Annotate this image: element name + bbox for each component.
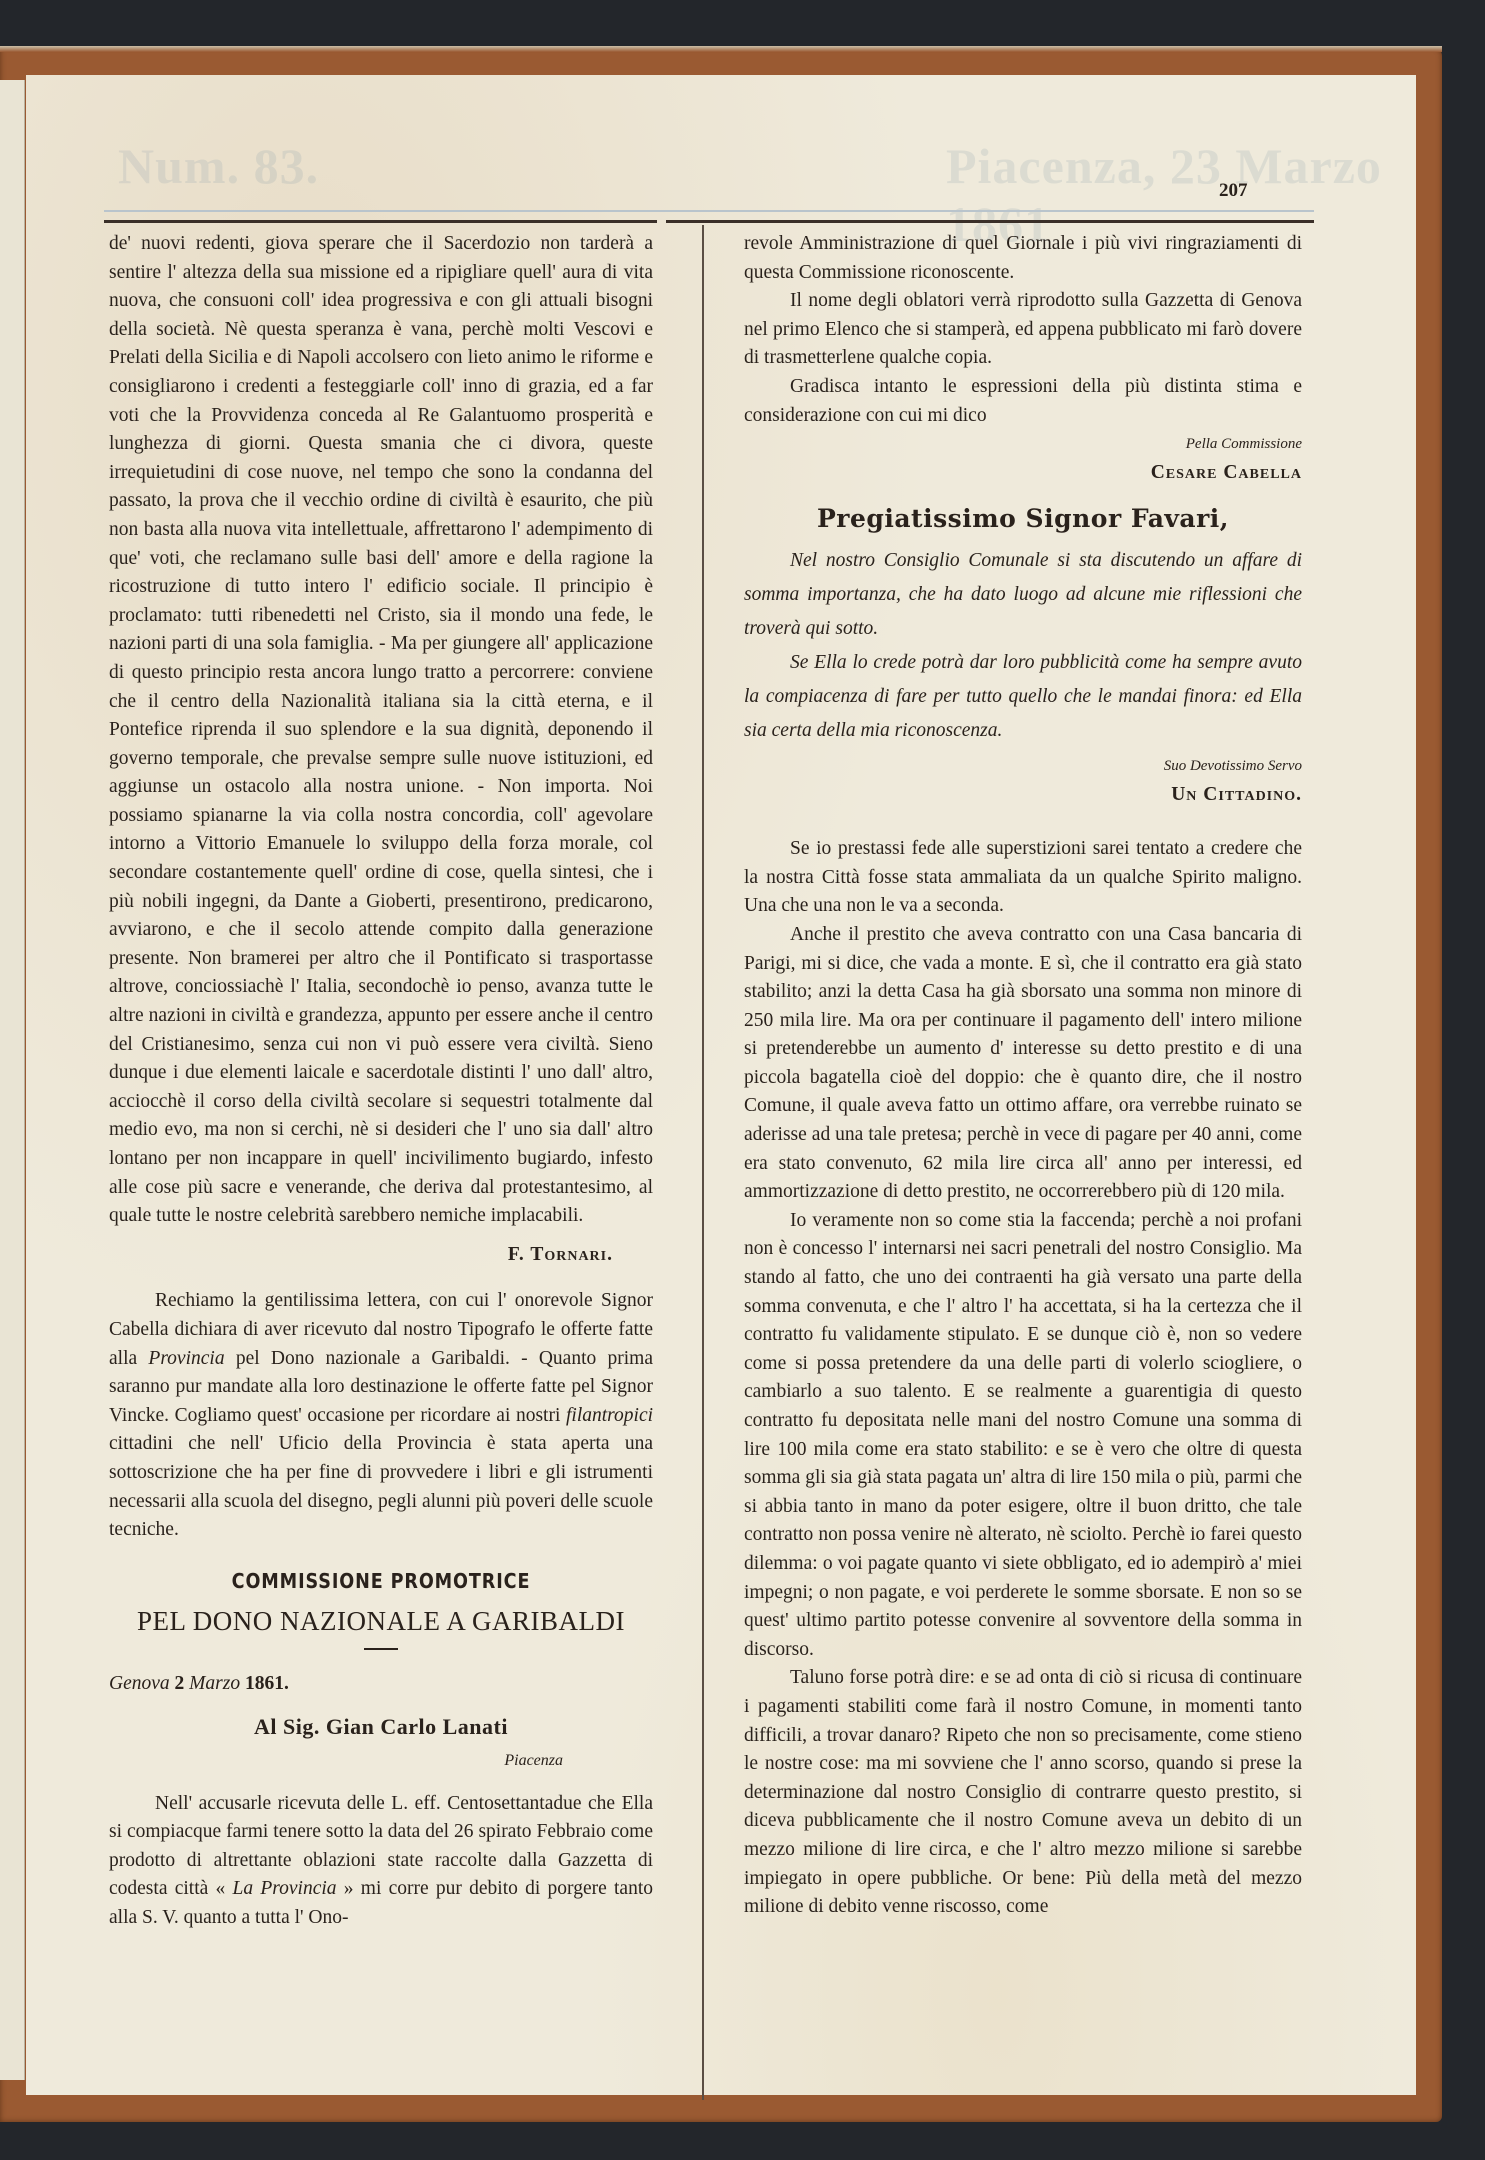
letter-dateline: Genova 2 Marzo 1861. xyxy=(109,1670,653,1699)
intro-italic-filantropici: filantropici xyxy=(566,1405,653,1426)
letter-paragraph-3: Gradisca intanto le espressioni della pi… xyxy=(744,373,1302,430)
prestito-paragraph-3: Io veramente non so come stia la faccend… xyxy=(744,1207,1302,1665)
date-day: 2 xyxy=(175,1673,185,1694)
left-column: de' nuovi redenti, giova sperare che il … xyxy=(109,230,653,1933)
signature-cittadino-text: Un Cittadino. xyxy=(1171,784,1302,805)
date-month: Marzo xyxy=(189,1673,240,1694)
letter-body: Nell' accusarle ricevuta delle L. eff. C… xyxy=(109,1790,653,1933)
letter-paragraph-2: Il nome degli oblatori verrà riprodotto … xyxy=(744,287,1302,373)
letter-body-italic: La Provincia xyxy=(233,1878,337,1899)
date-year: 1861. xyxy=(245,1673,289,1694)
intro-italic-provincia: Provincia xyxy=(148,1348,224,1369)
column-divider xyxy=(702,225,704,2100)
addressee-city: Piacenza xyxy=(109,1747,563,1776)
prestito-paragraph-4: Taluno forse potrà dire: e se ad onta di… xyxy=(744,1664,1302,1921)
sign-name-cabella: Cesare Cabella xyxy=(744,459,1302,488)
article-cabella-intro: Rechiamo la gentilissima lettera, con cu… xyxy=(109,1287,653,1544)
show-through-issue-number: Num. 83. xyxy=(118,137,319,195)
intro-text-3: cittadini che nell' Uficio della Provinc… xyxy=(109,1433,653,1540)
favari-paragraph-2: Se Ella lo crede potrà dar loro pubblici… xyxy=(744,646,1302,748)
heading-commissione: COMMISSIONE PROMOTRICE xyxy=(142,1567,621,1596)
sign-role: Pella Commissione xyxy=(744,430,1302,459)
right-column: revole Amministrazione di quel Giornale … xyxy=(744,230,1302,1922)
date-place: Genova xyxy=(109,1673,170,1694)
signature-text: F. Tornari. xyxy=(508,1244,613,1265)
heading-dono-nazionale: PEL DONO NAZIONALE A GARIBALDI xyxy=(109,1607,653,1636)
signature-cittadino: Un Cittadino. xyxy=(744,781,1302,810)
signature-tornari: F. Tornari. xyxy=(109,1241,613,1270)
page-number: 207 xyxy=(1219,180,1248,202)
salutation-favari: Pregiatissimo Signor Favari, xyxy=(744,505,1302,534)
sign-name-text: Cesare Cabella xyxy=(1151,462,1302,483)
closing-formula: Suo Devotissimo Servo xyxy=(744,752,1302,781)
heading-dash xyxy=(364,1648,398,1650)
spacer xyxy=(109,1269,653,1287)
newspaper-page: Num. 83. Piacenza, 23 Marzo 1861 207 de'… xyxy=(26,75,1416,2095)
header-rule-ghost xyxy=(104,210,1314,212)
prestito-paragraph-2: Anche il prestito che aveva contratto co… xyxy=(744,921,1302,1207)
header-rule-right xyxy=(666,220,1314,223)
favari-paragraph-1: Nel nostro Consiglio Comunale si sta dis… xyxy=(744,544,1302,646)
spacer xyxy=(744,809,1302,835)
article-tornari-body: de' nuovi redenti, giova sperare che il … xyxy=(109,230,653,1231)
letter-addressee: Al Sig. Gian Carlo Lanati xyxy=(109,1713,653,1742)
prestito-paragraph-1: Se io prestassi fede alle superstizioni … xyxy=(744,835,1302,921)
previous-page-edge xyxy=(0,80,25,2080)
letter-continuation: revole Amministrazione di quel Giornale … xyxy=(744,230,1302,287)
header-rule-left xyxy=(104,220,657,223)
